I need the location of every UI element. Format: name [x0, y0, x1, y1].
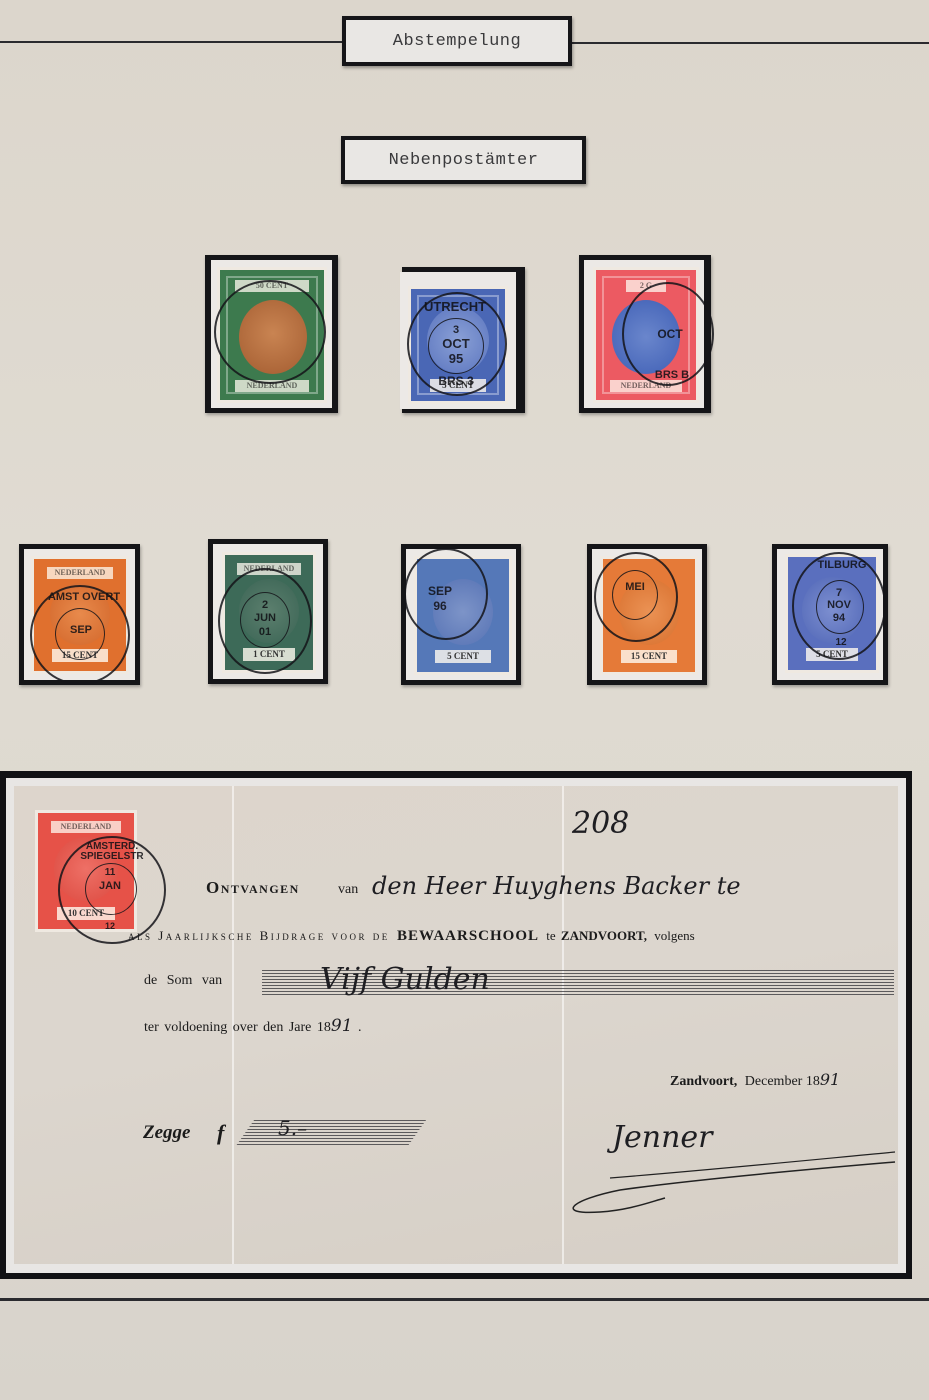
cover-postmark-hour: 12 — [100, 922, 120, 931]
received-label: Ontvangen — [206, 878, 300, 898]
stamp-country-ribbon: NEDERLAND — [47, 567, 113, 579]
florin-sign: f — [217, 1120, 224, 1146]
postmark-year: 94 — [826, 613, 852, 624]
contribution-text: als Jaarlijksche Bijdrage voor de — [128, 928, 390, 943]
volgens-word: volgens — [654, 928, 694, 943]
signature-flourish — [560, 1140, 900, 1220]
place-name: Zandvoort, — [670, 1074, 737, 1089]
payer-name: den Heer Huyghens Backer te — [372, 872, 741, 900]
stamp-value: 15 CENT — [621, 650, 676, 663]
postmark-day: 7 — [829, 588, 849, 599]
amount-hatch-field — [236, 1120, 426, 1146]
stamp-country-ribbon: NEDERLAND — [51, 821, 120, 833]
zegge-label: Zegge — [143, 1122, 190, 1144]
postmark-office: BRS 3 — [416, 375, 496, 387]
cover-postmark-town: AMSTERD. SPIEGELSTR — [64, 842, 160, 862]
postmark-hour: 12 — [826, 638, 856, 648]
postmark-town: AMST OVERT — [44, 592, 124, 603]
date-text: December 18 — [745, 1074, 820, 1089]
postmark-month: OCT — [650, 328, 690, 340]
postmark-month: OCT — [431, 337, 481, 350]
page-title: Abstempelung — [393, 32, 521, 51]
year-line: ter voldoening over den Jare 1891 . — [144, 1016, 362, 1036]
postmark-town: TILBURG — [800, 560, 884, 571]
postmark-month: SEP — [66, 625, 96, 636]
postmark-year: 01 — [253, 627, 277, 638]
top-rule-right — [572, 42, 929, 44]
place-date: Zandvoort, December 1891 — [670, 1070, 840, 1090]
postmark-day: 2 — [253, 600, 277, 611]
postmark-day: 3 — [441, 325, 471, 336]
te-word: te — [546, 928, 555, 943]
amount-hand: 5.– — [278, 1116, 307, 1140]
received-word: Ontvangen — [206, 878, 300, 897]
reference-number: 208 — [572, 806, 629, 841]
postmark-town: UTRECHT — [409, 300, 501, 313]
postmark-year: 95 — [436, 352, 476, 365]
postmark-month: JUN — [248, 613, 282, 624]
sum-label: de Som van — [144, 973, 222, 989]
postmark-month: NOV — [822, 600, 856, 611]
postmark-inner-circle — [612, 570, 658, 620]
school-name: BEWAARSCHOOL — [397, 928, 539, 944]
cover-postmark-month: JAN — [93, 881, 127, 892]
postmark-month: SEP — [420, 585, 460, 597]
section-label: Nebenpostämter — [341, 136, 586, 184]
postmark-circle — [214, 280, 326, 384]
town-name: ZANDVOORT, — [561, 928, 647, 943]
contribution-line: als Jaarlijksche Bijdrage voor de BEWAAR… — [128, 928, 695, 945]
stamp-value: 5 CENT — [435, 650, 490, 663]
postmark-month: MEI — [620, 582, 650, 593]
sum-amount-words: Vijf Gulden — [320, 962, 490, 997]
year-line-text: ter voldoening over den Jare 18 — [144, 1020, 331, 1035]
top-rule-left — [0, 41, 345, 43]
postmark-year: 96 — [425, 600, 455, 612]
page-title-label: Abstempelung — [342, 16, 572, 66]
section-title: Nebenpostämter — [389, 151, 539, 170]
date-hand: 91 — [820, 1070, 840, 1089]
year-hand: 91 — [331, 1016, 353, 1036]
bottom-rule — [0, 1298, 929, 1301]
cover-postmark-day: 11 — [100, 868, 120, 878]
postmark-office: BRS B — [640, 370, 704, 381]
received-van: van — [338, 882, 358, 898]
